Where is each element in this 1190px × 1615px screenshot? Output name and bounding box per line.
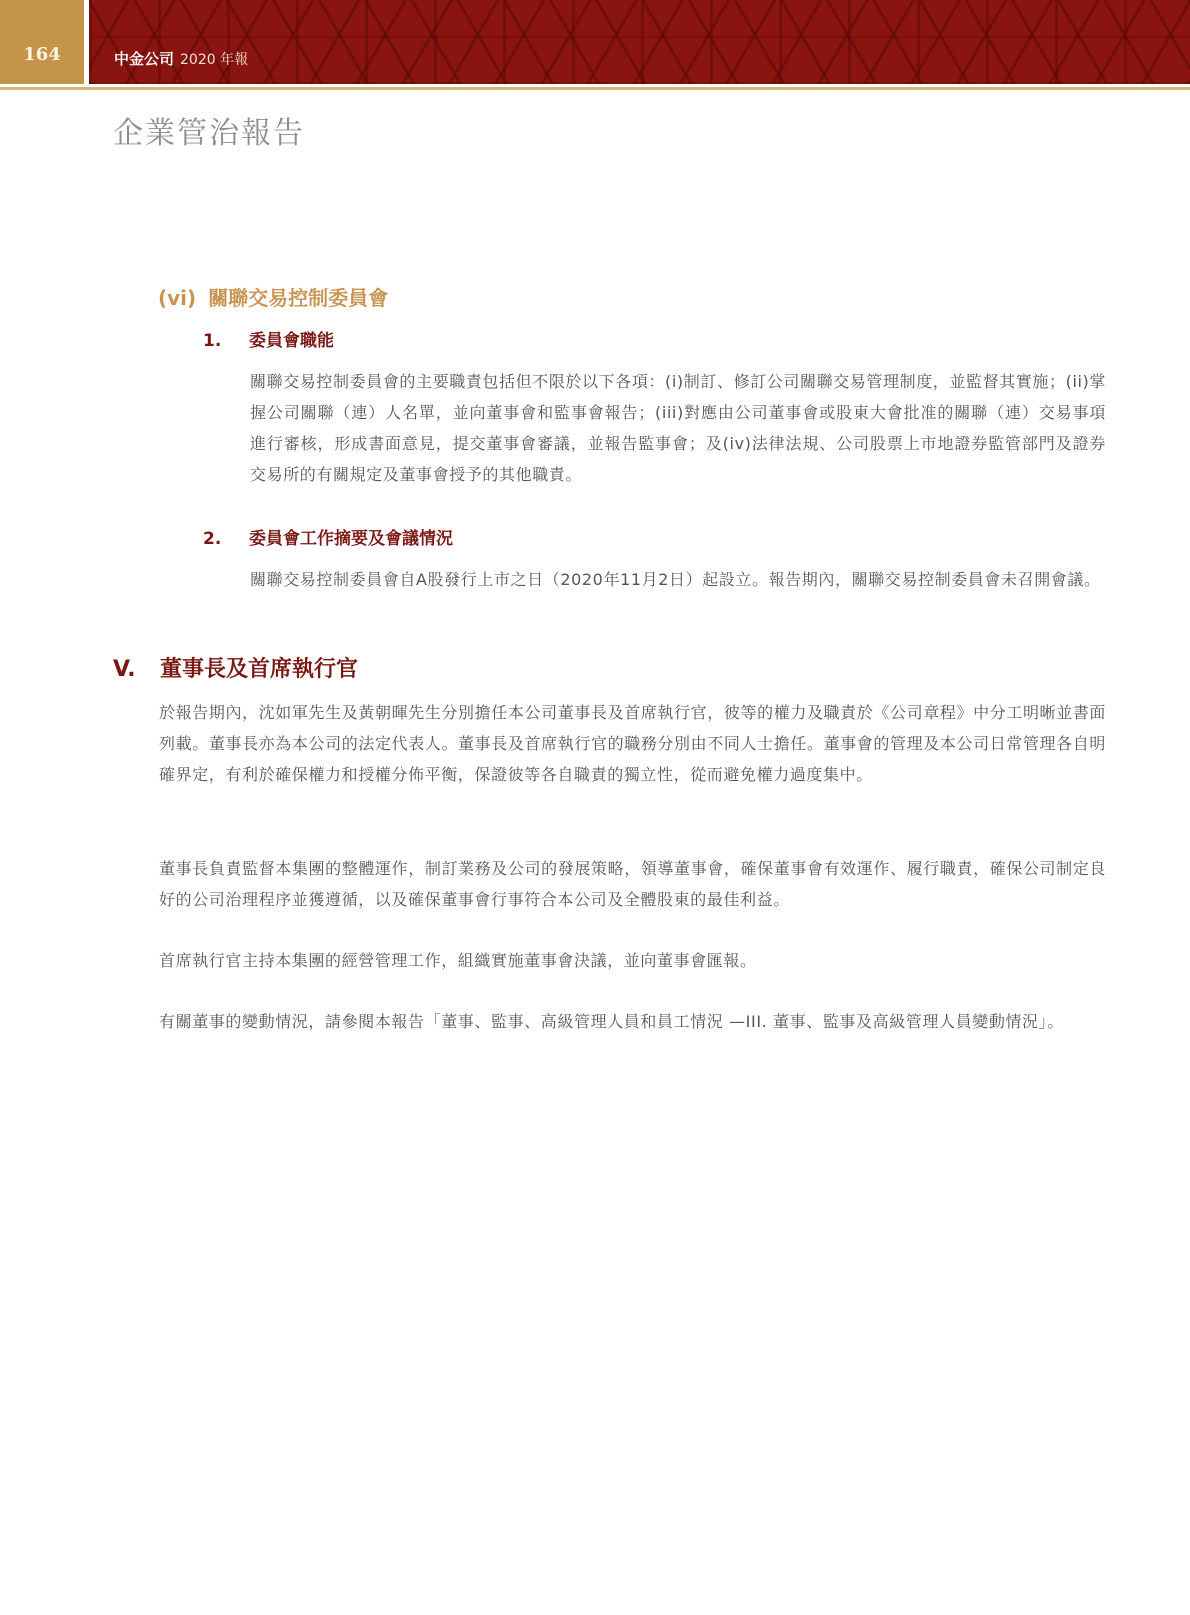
paragraph: 有關董事的變動情況，請參閱本報告「董事、監事、高級管理人員和員工情況 —III.… bbox=[159, 1006, 1106, 1037]
section-title: 企業管治報告 bbox=[113, 108, 305, 152]
item-heading-1: 1.委員會職能 bbox=[203, 326, 334, 351]
subsection-number: (vi) bbox=[158, 286, 196, 310]
item-number: 1. bbox=[203, 331, 249, 351]
section-number: V. bbox=[113, 657, 160, 682]
section-heading-v: V.董事長及首席執行官 bbox=[113, 652, 358, 683]
paragraph: 於報告期內，沈如軍先生及黃朝暉先生分別擔任本公司董事長及首席執行官，彼等的權力及… bbox=[159, 697, 1106, 790]
item-title: 委員會職能 bbox=[249, 331, 334, 351]
subsection-heading-vi: (vi)關聯交易控制委員會 bbox=[158, 282, 388, 311]
item-heading-2: 2.委員會工作摘要及會議情況 bbox=[203, 524, 453, 549]
section-heading-title: 董事長及首席執行官 bbox=[160, 657, 358, 682]
paragraph: 董事長負責監督本集團的整體運作，制訂業務及公司的發展策略，領導董事會，確保董事會… bbox=[159, 853, 1106, 915]
page-number: 164 bbox=[0, 44, 84, 65]
item-body-2: 關聯交易控制委員會自A股發行上市之日（2020年11月2日）起設立。報告期內，關… bbox=[250, 564, 1106, 595]
running-header: 中金公司2020 年報 bbox=[114, 48, 248, 69]
paragraph: 首席執行官主持本集團的經營管理工作，組織實施董事會決議，並向董事會匯報。 bbox=[159, 945, 1106, 976]
report-name: 2020 年報 bbox=[180, 52, 248, 68]
header-rule bbox=[0, 87, 1190, 90]
subsection-title: 關聯交易控制委員會 bbox=[208, 286, 388, 310]
page-number-box bbox=[0, 0, 84, 84]
item-title: 委員會工作摘要及會議情況 bbox=[249, 529, 453, 549]
company-name: 中金公司 bbox=[114, 50, 174, 68]
header-banner bbox=[89, 0, 1190, 84]
item-body-1: 關聯交易控制委員會的主要職責包括但不限於以下各項：(i)制訂、修訂公司關聯交易管… bbox=[250, 366, 1106, 490]
item-number: 2. bbox=[203, 529, 249, 549]
